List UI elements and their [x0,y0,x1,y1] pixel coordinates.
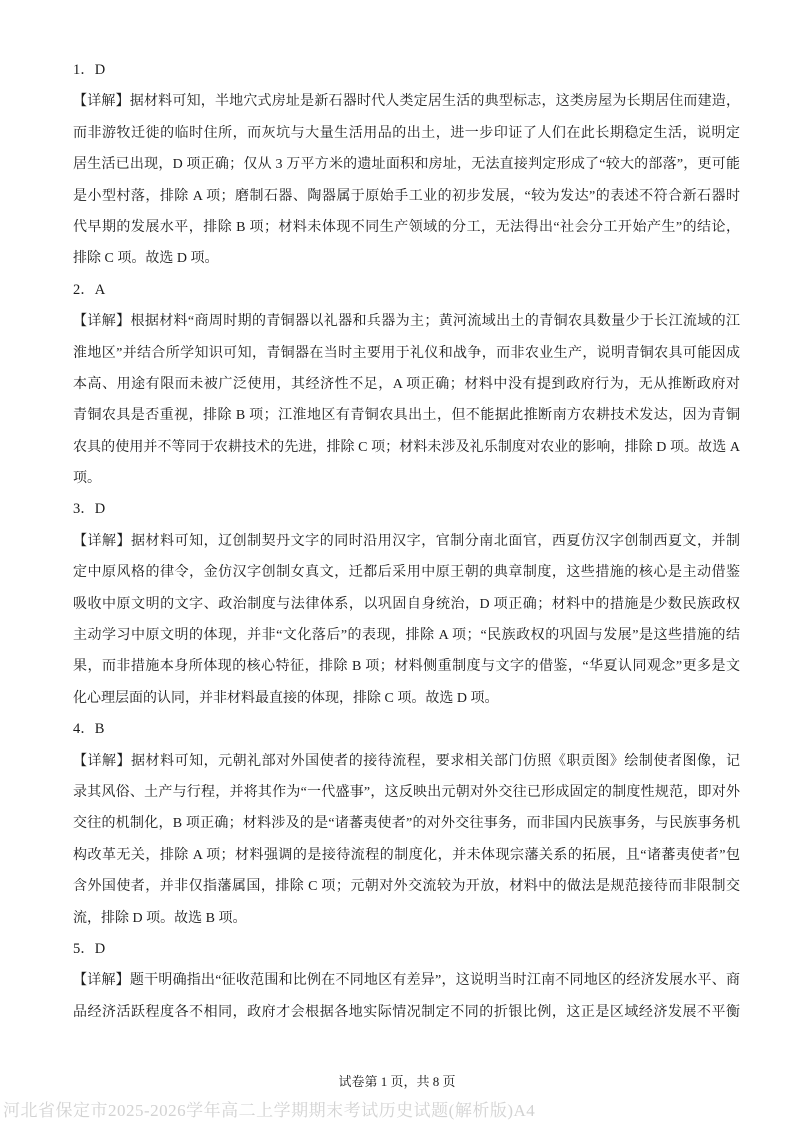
answer-label: 1．D [73,55,740,86]
answer-label: 5．D [73,934,740,965]
explanation-line: 【详解】据材料可知，元朝礼部对外国使者的接待流程，要求相关部门仿照《职贡图》绘制… [73,746,740,777]
explanation-line: 代早期的发展水平，排除 B 项；材料未体现不同生产领域的分工，无法得出“社会分工… [73,212,740,243]
explanation-line: 农具的使用并不等同于农耕技术的先进，排除 C 项；材料未涉及礼乐制度对农业的影响… [73,432,740,463]
explanation-line: 流，排除 D 项。故选 B 项。 [73,903,740,934]
explanation-line: 排除 C 项。故选 D 项。 [73,243,740,274]
explanation-line: 淮地区”并结合所学知识可知，青铜器在当时主要用于礼仪和战争，而非农业生产，说明青… [73,338,740,369]
explanation-line: 交往的机制化，B 项正确；材料涉及的是“诸蕃夷使者”的对外交往事务，而非国内民族… [73,808,740,839]
explanation-line: 是小型村落，排除 A 项；磨制石器、陶器属于原始手工业的初步发展，“较为发达”的… [73,181,740,212]
explanation-line: 【详解】据材料可知，辽创制契丹文字的同时沿用汉字，官制分南北面官，西夏仿汉字创制… [73,526,740,557]
explanation-line: 青铜农具是否重视，排除 B 项；江淮地区有青铜农具出土，但不能据此推断南方农耕技… [73,400,740,431]
answer-label: 3．D [73,494,740,525]
explanation-line: 项。 [73,463,740,494]
explanation-line: 本高、用途有限而未被广泛使用，其经济性不足，A 项正确；材料中没有提到政府行为，… [73,369,740,400]
source-watermark: 河北省保定市2025-2026学年高二上学期期末考试历史试题(解析版)A4 [3,1096,535,1121]
explanation-line: 构改革无关，排除 A 项；材料强调的是接待流程的制度化，并未体现宗藩关系的拓展，… [73,840,740,871]
explanation-line: 主动学习中原文明的体现，并非“文化落后”的表现，排除 A 项；“民族政权的巩固与… [73,620,740,651]
explanation-line: 品经济活跃程度各不相同，政府才会根据各地实际情况制定不同的折银比例，这正是区域经… [73,997,740,1028]
explanation-line: 【详解】据材料可知，半地穴式房址是新石器时代人类定居生活的典型标志，这类房屋为长… [73,86,740,117]
answer-label: 2．A [73,275,740,306]
page-number-footer: 试卷第 1 页，共 8 页 [0,1071,794,1090]
explanation-line: 定中原风格的律令，金仿汉字创制女真文，迁都后采用中原王朝的典章制度，这些措施的核… [73,557,740,588]
explanation-line: 而非游牧迁徙的临时住所，而灰坑与大量生活用品的出土，进一步印证了人们在此长期稳定… [73,118,740,149]
answer-explanations: 1．D【详解】据材料可知，半地穴式房址是新石器时代人类定居生活的典型标志，这类房… [73,55,740,1028]
explanation-line: 录其风俗、土产与行程，并将其作为“一代盛事”，这反映出元朝对外交往已形成固定的制… [73,777,740,808]
answer-label: 4．B [73,714,740,745]
explanation-line: 居生活已出现，D 项正确；仅从 3 万平方米的遗址面积和房址，无法直接判定形成了… [73,149,740,180]
explanation-line: 吸收中原文明的文字、政治制度与法律体系，以巩固自身统治，D 项正确；材料中的措施… [73,589,740,620]
explanation-line: 化心理层面的认同，并非材料最直接的体现，排除 C 项。故选 D 项。 [73,683,740,714]
exam-answer-page: 1．D【详解】据材料可知，半地穴式房址是新石器时代人类定居生活的典型标志，这类房… [0,0,794,1123]
explanation-line: 【详解】根据材料“商周时期的青铜器以礼器和兵器为主；黄河流域出土的青铜农具数量少… [73,306,740,337]
explanation-line: 果，而非措施本身所体现的核心特征，排除 B 项；材料侧重制度与文字的借鉴，“华夏… [73,651,740,682]
explanation-line: 【详解】题干明确指出“征收范围和比例在不同地区有差异”，这说明当时江南不同地区的… [73,965,740,996]
explanation-line: 含外国使者，并非仅指藩属国，排除 C 项；元朝对外交流较为开放，材料中的做法是规… [73,871,740,902]
